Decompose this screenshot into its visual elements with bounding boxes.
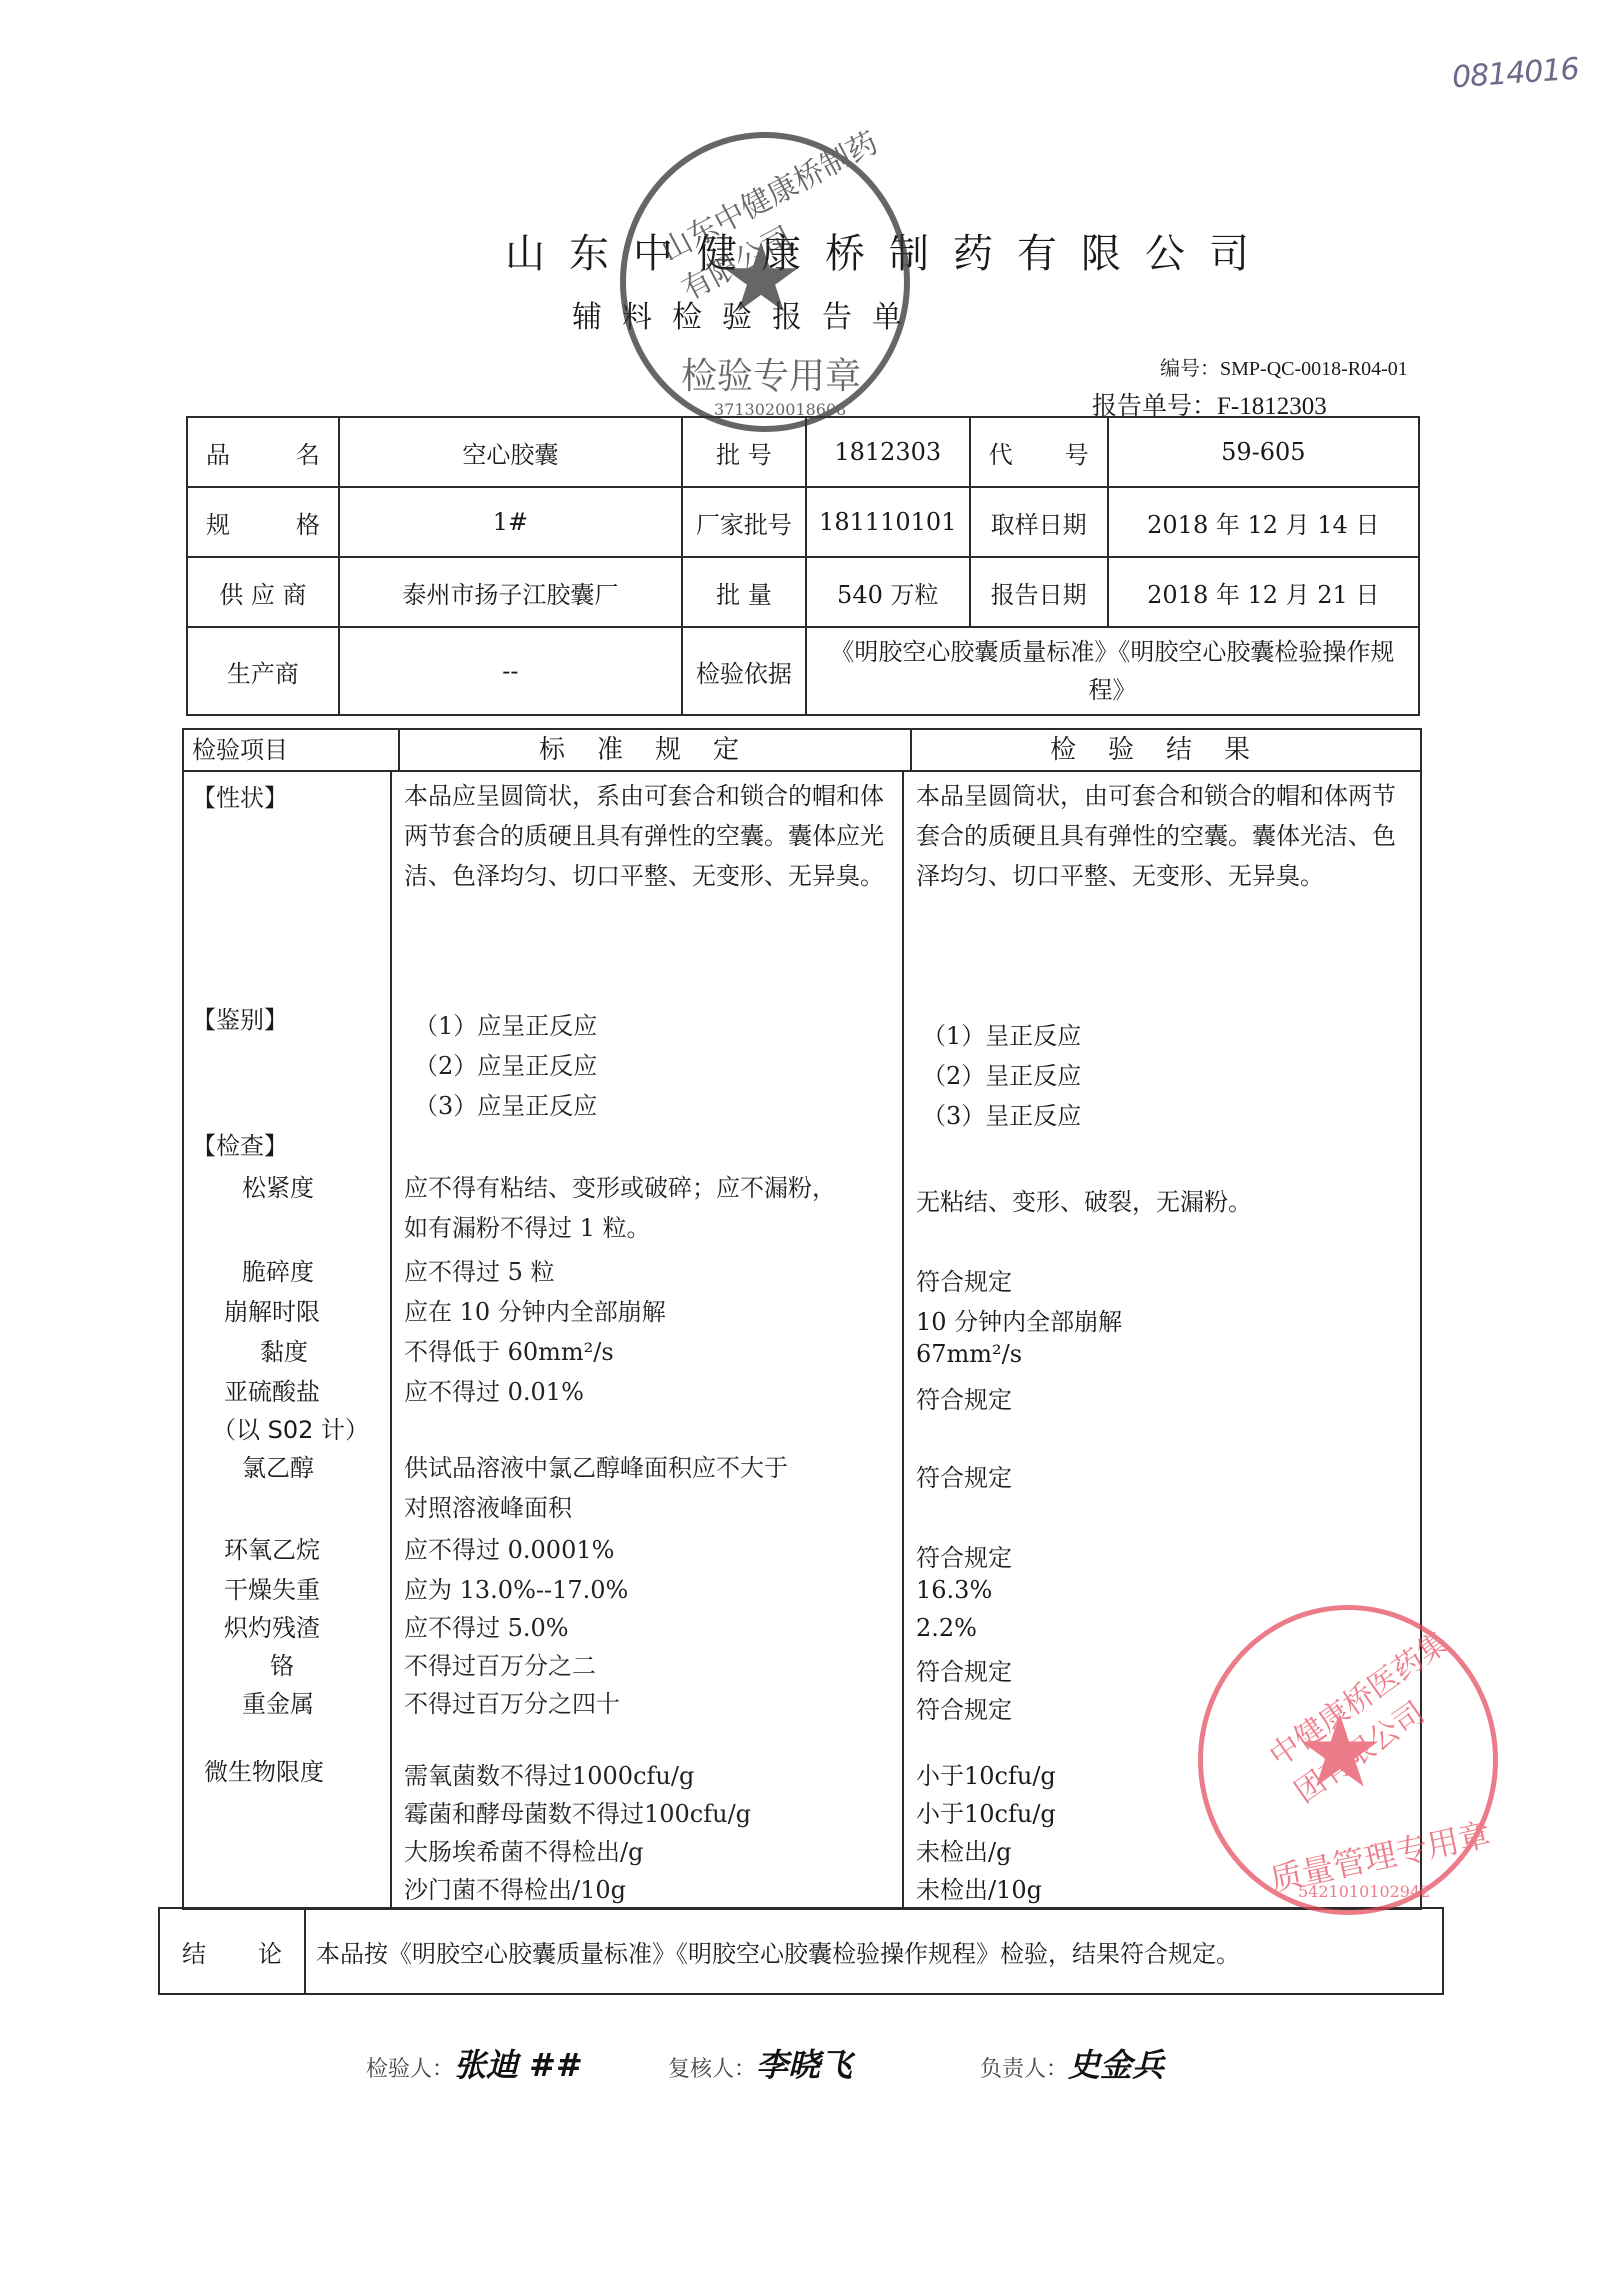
standard-chloroethanol-line1: 供试品溶液中氯乙醇峰面积应不大于 (404, 1448, 788, 1483)
result-chromium: 符合规定 (916, 1652, 1012, 1687)
report-title: 辅料检验报告单 (572, 292, 922, 336)
standard-tightness-line2: 如有漏粉不得过 1 粒。 (404, 1208, 651, 1243)
product-name-value: 空心胶囊 (339, 417, 682, 487)
result-disintegration: 10 分钟内全部崩解 (916, 1302, 1122, 1337)
responsible-signature: 负责人：史金兵 (980, 2040, 1164, 2086)
item-loss-on-drying: 干燥失重 (224, 1570, 320, 1605)
reviewer-label: 复核人： (668, 2057, 756, 2082)
result-appearance: 本品呈圆筒状，由可套合和锁合的帽和体两节套合的质硬且具有弹性的空囊。囊体光洁、色… (916, 776, 1416, 896)
item-residue-on-ignition: 炽灼残渣 (224, 1608, 320, 1643)
header-standard: 标准规定 (398, 730, 910, 770)
basis-value: 《明胶空心胶囊质量标准》《明胶空心胶囊检验操作规程》 (806, 627, 1419, 715)
standard-aerobic-count: 需氧菌数不得过1000cfu/g (404, 1756, 694, 1791)
code-value: 59-605 (1108, 417, 1419, 487)
report-date-value: 2018 年 12 月 21 日 (1108, 557, 1419, 627)
item-heavy-metals: 重金属 (242, 1684, 314, 1719)
document-code: 编号：SMP-QC-0018-R04-01 (1160, 352, 1408, 381)
qc-stamp-arc-text: 山东中健康桥制药有限公司 (652, 115, 911, 308)
handwritten-archive-number: 0814016 (1451, 52, 1580, 96)
info-row-spec: 规格 1# 厂家批号 181110101 取样日期 2018 年 12 月 14… (187, 487, 1419, 557)
basis-label: 检验依据 (682, 627, 806, 715)
result-e-coli: 未检出/g (916, 1832, 1011, 1867)
standard-identification-3: （3）应呈正反应 (414, 1086, 597, 1121)
result-ethylene-oxide: 符合规定 (916, 1538, 1012, 1573)
info-row-product: 品名 空心胶囊 批 号 1812303 代号 59-605 (187, 417, 1419, 487)
responsible-name: 史金兵 (1068, 2046, 1164, 2084)
qc-inspection-stamp: 山东中健康桥制药有限公司 ★ 检验专用章 3713020018608 (620, 132, 910, 432)
standard-tightness-line1: 应不得有粘结、变形或破碎；应不漏粉， (404, 1168, 836, 1203)
result-heavy-metals: 符合规定 (916, 1690, 1012, 1725)
item-microbial-limit: 微生物限度 (204, 1752, 324, 1787)
inspector-name: 张迪 ## (454, 2046, 583, 2084)
vendor-batch-value: 181110101 (806, 487, 970, 557)
test-table-header: 检验项目 标准规定 检验结果 (184, 730, 1420, 772)
spec-label: 规格 (187, 487, 339, 557)
items-column: 【性状】 【鉴别】 【检查】 松紧度 脆碎度 崩解时限 黏度 亚硫酸盐 （以 S… (184, 772, 390, 1908)
item-viscosity: 黏度 (260, 1332, 308, 1367)
header-item: 检验项目 (184, 730, 398, 770)
result-tightness: 无粘结、变形、破裂，无漏粉。 (916, 1182, 1252, 1217)
manufacturer-label: 生产商 (187, 627, 339, 715)
document-code-value: SMP-QC-0018-R04-01 (1220, 358, 1408, 380)
item-tightness: 松紧度 (242, 1168, 314, 1203)
sampling-date-label: 取样日期 (970, 487, 1108, 557)
result-mold-yeast-count: 小于10cfu/g (916, 1794, 1056, 1829)
result-identification-3: （3）呈正反应 (922, 1096, 1081, 1131)
sampling-date-value: 2018 年 12 月 14 日 (1108, 487, 1419, 557)
reviewer-signature: 复核人：李晓飞 (668, 2040, 852, 2086)
result-viscosity: 67mm²/s (916, 1340, 1022, 1368)
item-disintegration: 崩解时限 (224, 1292, 320, 1327)
inspector-label: 检验人： (366, 2057, 454, 2082)
result-friability: 符合规定 (916, 1262, 1012, 1297)
info-row-manufacturer: 生产商 -- 检验依据 《明胶空心胶囊质量标准》《明胶空心胶囊检验操作规程》 (187, 627, 1419, 715)
result-loss-on-drying: 16.3% (916, 1576, 992, 1604)
item-appearance: 【性状】 (192, 778, 288, 813)
result-residue-on-ignition: 2.2% (916, 1614, 977, 1642)
standard-loss-on-drying: 应为 13.0%--17.0% (404, 1570, 628, 1605)
result-chloroethanol: 符合规定 (916, 1458, 1012, 1493)
supplier-label: 供 应 商 (187, 557, 339, 627)
item-sulfite-basis: （以 S02 计） (212, 1410, 369, 1445)
product-info-table: 品名 空心胶囊 批 号 1812303 代号 59-605 规格 1# 厂家批号… (186, 416, 1420, 716)
quantity-label: 批 量 (682, 557, 806, 627)
standard-chromium: 不得过百万分之二 (404, 1646, 596, 1681)
standard-heavy-metals: 不得过百万分之四十 (404, 1684, 620, 1719)
item-ethylene-oxide: 环氧乙烷 (224, 1530, 320, 1565)
standard-residue-on-ignition: 应不得过 5.0% (404, 1608, 569, 1643)
code-label: 代号 (970, 417, 1108, 487)
report-date-label: 报告日期 (970, 557, 1108, 627)
standard-ethylene-oxide: 应不得过 0.0001% (404, 1530, 614, 1565)
inspector-signature: 检验人：张迪 ## (366, 2040, 583, 2086)
conclusion-text: 本品按《明胶空心胶囊质量标准》《明胶空心胶囊检验操作规程》检验，结果符合规定。 (306, 1909, 1240, 1993)
result-sulfite: 符合规定 (916, 1380, 1012, 1415)
standard-e-coli: 大肠埃希菌不得检出/g (404, 1832, 643, 1867)
spec-value: 1# (339, 487, 682, 557)
test-table-body: 【性状】 【鉴别】 【检查】 松紧度 脆碎度 崩解时限 黏度 亚硫酸盐 （以 S… (184, 772, 1420, 1908)
item-sulfite: 亚硫酸盐 (224, 1372, 320, 1407)
test-results-table: 检验项目 标准规定 检验结果 【性状】 【鉴别】 【检查】 松紧度 脆碎度 崩解… (182, 728, 1422, 1910)
results-column: 本品呈圆筒状，由可套合和锁合的帽和体两节套合的质硬且具有弹性的空囊。囊体光洁、色… (902, 772, 1420, 1908)
info-row-supplier: 供 应 商 泰州市扬子江胶囊厂 批 量 540 万粒 报告日期 2018 年 1… (187, 557, 1419, 627)
item-chromium: 铬 (270, 1646, 294, 1681)
product-name-label: 品名 (187, 417, 339, 487)
item-inspection: 【检查】 (192, 1126, 288, 1161)
supplier-value: 泰州市扬子江胶囊厂 (339, 557, 682, 627)
vendor-batch-label: 厂家批号 (682, 487, 806, 557)
standard-sulfite: 应不得过 0.01% (404, 1372, 584, 1407)
item-friability: 脆碎度 (242, 1252, 314, 1287)
item-chloroethanol: 氯乙醇 (242, 1448, 314, 1483)
header-result: 检验结果 (910, 730, 1420, 770)
standard-identification-2: （2）应呈正反应 (414, 1046, 597, 1081)
batch-no-value: 1812303 (806, 417, 970, 487)
item-identification: 【鉴别】 (192, 1000, 288, 1035)
standard-mold-yeast-count: 霉菌和酵母菌数不得过100cfu/g (404, 1794, 751, 1829)
manufacturer-value: -- (339, 627, 682, 715)
standards-column: 本品应呈圆筒状，系由可套合和锁合的帽和体两节套合的质硬且具有弹性的空囊。囊体应光… (390, 772, 902, 1908)
qc-stamp-center-text: 检验专用章 (681, 348, 861, 399)
batch-no-label: 批 号 (682, 417, 806, 487)
conclusion-row: 结论 本品按《明胶空心胶囊质量标准》《明胶空心胶囊检验操作规程》检验，结果符合规… (158, 1907, 1444, 1995)
quantity-value: 540 万粒 (806, 557, 970, 627)
standard-chloroethanol-line2: 对照溶液峰面积 (404, 1488, 572, 1523)
standard-appearance: 本品应呈圆筒状，系由可套合和锁合的帽和体两节套合的质硬且具有弹性的空囊。囊体应光… (404, 776, 894, 896)
result-identification-2: （2）呈正反应 (922, 1056, 1081, 1091)
company-title: 山东中健康桥制药有限公司 (505, 222, 1273, 279)
standard-viscosity: 不得低于 60mm²/s (404, 1332, 614, 1367)
standard-friability: 应不得过 5 粒 (404, 1252, 555, 1287)
responsible-label: 负责人： (980, 2057, 1068, 2082)
conclusion-label: 结论 (160, 1909, 306, 1993)
result-aerobic-count: 小于10cfu/g (916, 1756, 1056, 1791)
standard-salmonella: 沙门菌不得检出/10g (404, 1870, 626, 1905)
standard-disintegration: 应在 10 分钟内全部崩解 (404, 1292, 666, 1327)
reviewer-name: 李晓飞 (756, 2046, 852, 2084)
standard-identification-1: （1）应呈正反应 (414, 1006, 597, 1041)
result-identification-1: （1）呈正反应 (922, 1016, 1081, 1051)
result-salmonella: 未检出/10g (916, 1870, 1042, 1905)
document-code-label: 编号： (1160, 358, 1220, 380)
